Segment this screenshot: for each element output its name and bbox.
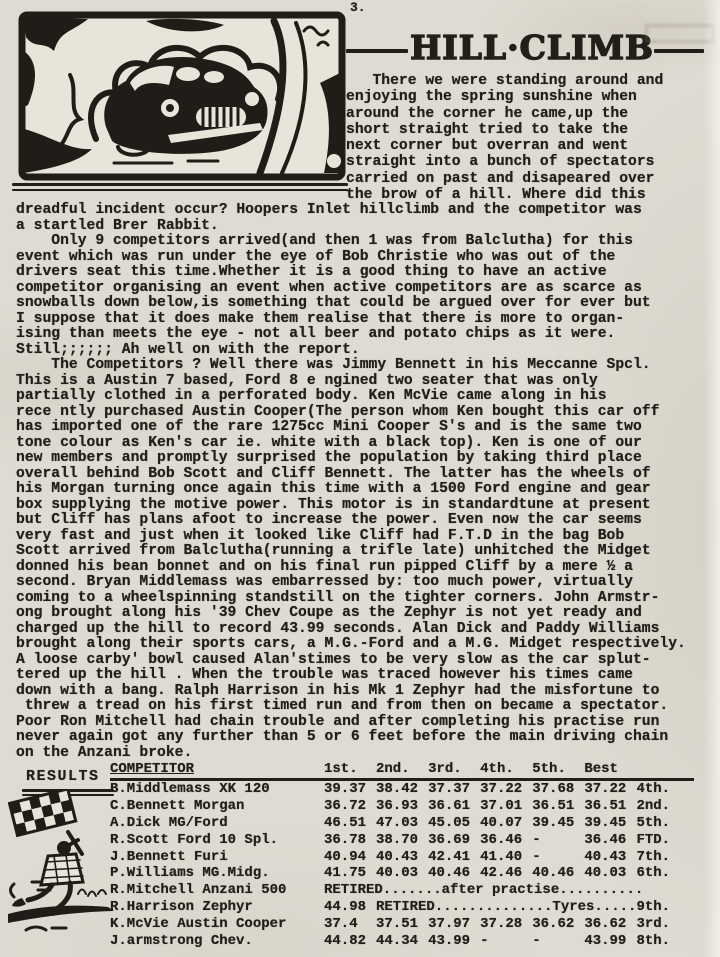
checkered-flag-marshal-illustration — [8, 790, 116, 952]
time-cell: 37.68 — [532, 779, 584, 797]
results-table: COMPETITOR 1st. 2nd. 3rd. 4th. 5th. Best… — [110, 761, 694, 950]
table-row: B.Middlemass XK 120 39.37 38.42 37.37 37… — [110, 779, 694, 797]
best-cell: 36.46 — [584, 832, 636, 849]
table-row: J.Bennett Furi 40.94 40.43 42.41 41.40 -… — [110, 849, 694, 866]
col-best: Best — [584, 761, 636, 779]
divider-rule — [12, 189, 348, 191]
place-cell: 3rd. — [636, 916, 694, 933]
col-5th: 5th. — [532, 761, 584, 779]
time-cell: 38.42 — [376, 779, 428, 797]
time-cell: 37.28 — [480, 916, 532, 933]
checkered-flag-icon — [8, 790, 116, 952]
time-cell: 39.37 — [324, 779, 376, 797]
competitor-name: R.Mitchell Anzani 500 — [110, 882, 324, 899]
time-cell: 40.94 — [324, 849, 376, 866]
place-cell: 5th. — [636, 815, 694, 832]
best-cell: 37.22 — [584, 779, 636, 797]
ink-bleedthrough-mark — [645, 24, 715, 43]
time-cell: 47.03 — [376, 815, 428, 832]
time-cell: - — [532, 832, 584, 849]
table-row: C.Bennett Morgan 36.72 36.93 36.61 37.01… — [110, 798, 694, 815]
table-row: R.Scott Ford 10 Spl. 36.78 38.70 36.69 3… — [110, 832, 694, 849]
competitor-name: J.Bennett Furi — [110, 849, 324, 866]
table-row: R.Harrison Zephyr 44.98 RETIRED.........… — [110, 899, 694, 916]
time-cell: 40.46 — [532, 865, 584, 882]
table-row: P.Williams MG.Midg. 41.75 40.03 40.46 42… — [110, 865, 694, 882]
place-cell: 7th. — [636, 849, 694, 866]
place-cell: 6th. — [636, 865, 694, 882]
competitor-name: C.Bennett Morgan — [110, 798, 324, 815]
table-row: J.armstrong Chev. 44.82 44.34 43.99 - - … — [110, 933, 694, 950]
newsletter-page: 3. — [0, 0, 720, 957]
table-row: R.Mitchell Anzani 500 RETIRED.......afte… — [110, 882, 694, 899]
best-cell: 36.51 — [584, 798, 636, 815]
retired-note: RETIRED..............Tyres..... — [376, 899, 636, 916]
time-cell: - — [480, 933, 532, 950]
best-cell: 40.03 — [584, 865, 636, 882]
time-cell: 37.37 — [428, 779, 480, 797]
time-cell: 36.78 — [324, 832, 376, 849]
time-cell: 40.43 — [376, 849, 428, 866]
page-title: HILL·CLIMB — [410, 28, 654, 67]
best-cell: 40.43 — [584, 849, 636, 866]
time-cell: 44.98 — [324, 899, 376, 916]
competitor-name: P.Williams MG.Midg. — [110, 865, 324, 882]
table-header-row: COMPETITOR 1st. 2nd. 3rd. 4th. 5th. Best — [110, 761, 694, 779]
time-cell: 38.70 — [376, 832, 428, 849]
table-row: K.McVie Austin Cooper 37.4 37.51 37.97 3… — [110, 916, 694, 933]
time-cell: 36.46 — [480, 832, 532, 849]
col-4th: 4th. — [480, 761, 532, 779]
time-cell: 42.46 — [480, 865, 532, 882]
time-cell: 40.07 — [480, 815, 532, 832]
time-cell: 42.41 — [428, 849, 480, 866]
competitor-name: K.McVie Austin Cooper — [110, 916, 324, 933]
col-3rd: 3rd. — [428, 761, 480, 779]
time-cell: 40.46 — [428, 865, 480, 882]
time-cell: 36.51 — [532, 798, 584, 815]
competitor-name: R.Scott Ford 10 Spl. — [110, 832, 324, 849]
col-1st: 1st. — [324, 761, 376, 779]
divider-rule — [12, 183, 348, 186]
place-cell: 2nd. — [636, 798, 694, 815]
time-cell: 45.05 — [428, 815, 480, 832]
competitor-name: B.Middlemass XK 120 — [110, 779, 324, 797]
time-cell: 39.45 — [532, 815, 584, 832]
time-cell: 44.82 — [324, 933, 376, 950]
place-cell: FTD. — [636, 832, 694, 849]
lead-paragraph: There we were standing around and enjoyi… — [346, 73, 663, 203]
time-cell: 40.03 — [376, 865, 428, 882]
time-cell: 36.62 — [532, 916, 584, 933]
car-woodcut-icon — [18, 11, 346, 181]
competitor-name: A.Dick MG/Ford — [110, 815, 324, 832]
best-cell: 39.45 — [584, 815, 636, 832]
competitor-name: J.armstrong Chev. — [110, 933, 324, 950]
page-number: 3. — [350, 0, 366, 15]
hillclimb-car-illustration — [18, 11, 346, 181]
time-cell: 37.4 — [324, 916, 376, 933]
competitor-name: R.Harrison Zephyr — [110, 899, 324, 916]
time-cell: - — [532, 933, 584, 950]
time-cell: 37.01 — [480, 798, 532, 815]
title-dash-left — [346, 49, 408, 53]
time-cell: - — [532, 849, 584, 866]
results-heading: RESULTS — [26, 768, 100, 785]
time-cell: 36.93 — [376, 798, 428, 815]
retired-note: RETIRED.......after practise.......... — [324, 882, 694, 899]
time-cell: 37.97 — [428, 916, 480, 933]
place-cell: 9th. — [636, 899, 694, 916]
best-cell: 43.99 — [584, 933, 636, 950]
table-row: A.Dick MG/Ford 46.51 47.03 45.05 40.07 3… — [110, 815, 694, 832]
time-cell: 37.51 — [376, 916, 428, 933]
time-cell: 36.72 — [324, 798, 376, 815]
col-competitor: COMPETITOR — [110, 761, 324, 779]
col-2nd: 2nd. — [376, 761, 428, 779]
time-cell: 43.99 — [428, 933, 480, 950]
time-cell: 46.51 — [324, 815, 376, 832]
time-cell: 37.22 — [480, 779, 532, 797]
report-body: dreadful incident occur? Hoopers Inlet h… — [16, 203, 686, 761]
title-dash-right — [654, 49, 704, 53]
time-cell: 36.61 — [428, 798, 480, 815]
place-cell: 8th. — [636, 933, 694, 950]
time-cell: 41.75 — [324, 865, 376, 882]
time-cell: 44.34 — [376, 933, 428, 950]
col-place — [636, 761, 694, 779]
time-cell: 41.40 — [480, 849, 532, 866]
place-cell: 4th. — [636, 779, 694, 797]
best-cell: 36.62 — [584, 916, 636, 933]
time-cell: 36.69 — [428, 832, 480, 849]
